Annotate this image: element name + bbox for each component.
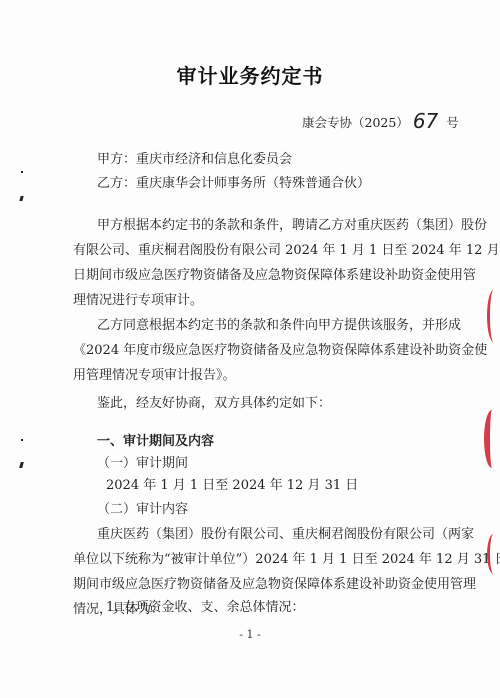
binding-mark-dot (21, 171, 23, 173)
doc-number-suffix: 号 (446, 115, 459, 130)
paragraph-1-line-3: 日期间市级应急医疗物资储备及应急物资保障体系建设补助资金使用管 (73, 266, 435, 286)
document-page: 审计业务约定书 康会专协（2025）67号 甲方：重庆市经济和信息化委员会 乙方… (0, 0, 500, 698)
seal-fragment-bottom (487, 534, 500, 574)
section-1-sub2-line-1: 重庆医药（集团）股份有限公司、重庆桐君阁股份有限公司（两家 (97, 525, 435, 545)
section-1-sub1-text: 2024 年 1 月 1 日至 2024 年 12 月 31 日 (106, 476, 468, 496)
section-1-item-1: 1. 专项资金收、支、余总体情况： (106, 598, 468, 618)
seal-fragment-top (487, 290, 500, 342)
party-a: 甲方：重庆市经济和信息化委员会 (97, 150, 459, 170)
section-1-sub2-line-3: 期间市级应急医疗物资储备及应急物资保障体系建设补助资金使用管理 (73, 575, 435, 595)
paragraph-1-line-4: 理情况进行专项审计。 (73, 291, 435, 311)
section-1-sub2-heading: （二）审计内容 (97, 500, 459, 520)
doc-number-handwritten: 67 (413, 109, 438, 133)
document-number: 康会专协（2025）67号 (302, 108, 459, 132)
binding-mark (19, 462, 24, 468)
binding-mark (19, 196, 23, 201)
paragraph-2-line-3: 用管理情况专项审计报告》。 (73, 366, 435, 386)
paragraph-2-line-1: 乙方同意根据本约定书的条款和条件向甲方提供该服务，并形成 (97, 316, 435, 336)
seal-fragment-middle (484, 410, 500, 468)
paragraph-3: 鉴此，经友好协商，双方具体约定如下： (97, 394, 459, 414)
paragraph-1-line-1: 甲方根据本约定书的条款和条件，聘请乙方对重庆医药（集团）股份 (97, 216, 435, 236)
paragraph-1-line-2: 有限公司、重庆桐君阁股份有限公司 2024 年 1 月 1 日至 2024 年 … (73, 241, 435, 261)
doc-number-prefix: 康会专协（2025） (302, 115, 409, 130)
page-number: - 1 - (0, 628, 500, 641)
paragraph-2-line-2: 《2024 年度市级应急医疗物资储备及应急物资保障体系建设补助资金使 (73, 341, 435, 361)
section-1-sub1-heading: （一）审计期间 (97, 454, 459, 474)
section-1-sub2-line-2: 单位以下统称为“被审计单位”）2024 年 1 月 1 日至 2024 年 12… (73, 550, 435, 570)
document-title: 审计业务约定书 (0, 60, 500, 89)
party-b: 乙方：重庆康华会计师事务所（特殊普通合伙） (97, 174, 459, 194)
section-1-heading: 一、审计期间及内容 (97, 432, 459, 452)
binding-mark-dot (21, 439, 23, 441)
